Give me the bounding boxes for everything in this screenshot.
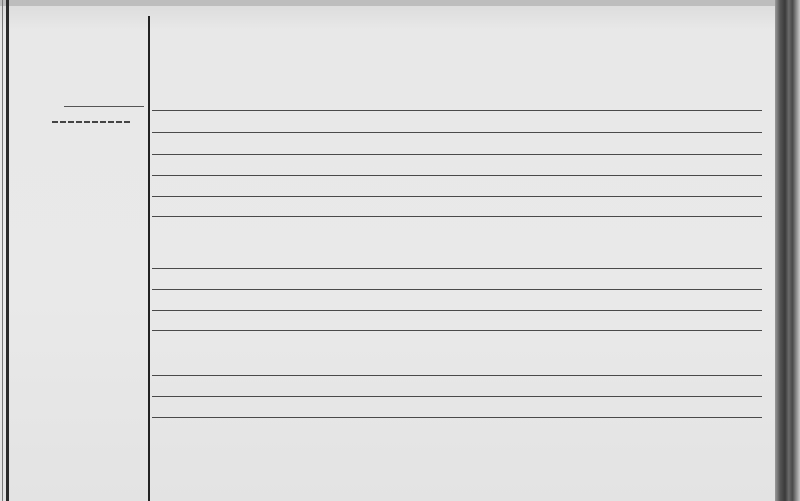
margin-column-rule xyxy=(148,16,150,501)
number-dash-rule xyxy=(52,121,130,123)
ruled-line xyxy=(152,417,762,418)
ruled-line xyxy=(152,375,762,376)
ruled-line xyxy=(152,310,762,311)
left-border xyxy=(6,0,9,501)
left-border-thin xyxy=(2,0,3,501)
ruled-line xyxy=(152,175,762,176)
ruled-line xyxy=(152,289,762,290)
ruled-line xyxy=(152,132,762,133)
ruled-line xyxy=(152,330,762,331)
binding-edge xyxy=(775,0,800,501)
ruled-line xyxy=(152,396,762,397)
ruled-line xyxy=(152,154,762,155)
ruled-line xyxy=(152,268,762,269)
page-top-edge xyxy=(0,0,800,6)
ruled-line xyxy=(152,196,762,197)
register-page xyxy=(0,0,800,501)
number-underline xyxy=(64,106,144,107)
ruled-line xyxy=(152,110,762,111)
ruled-line xyxy=(152,216,762,217)
